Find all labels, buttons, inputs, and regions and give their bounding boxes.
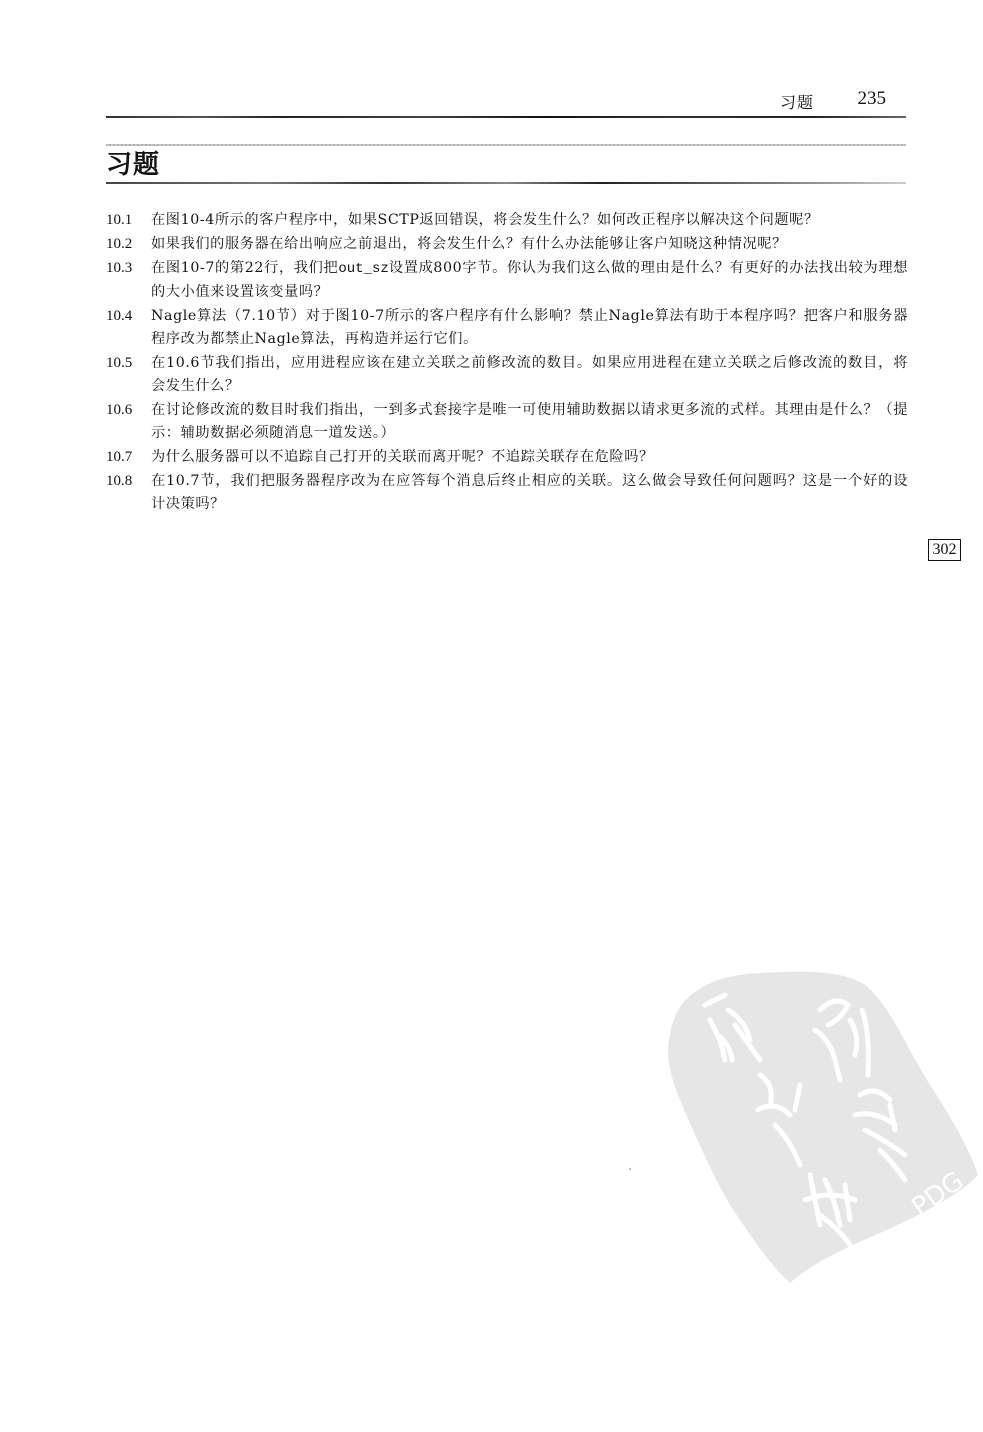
exercise-text: 在讨论修改流的数目时我们指出，一到多式套接字是唯一可使用辅助数据以请求更多流的式… xyxy=(151,399,908,445)
exercise-text-part: 在图10-7的第22行，我们把 xyxy=(151,260,338,276)
exercise-text: 为什么服务器可以不追踪自己打开的关联而离开呢？不追踪关联存在危险吗？ xyxy=(151,446,908,469)
exercise-number: 10.4 xyxy=(106,305,132,328)
exercise-number: 10.3 xyxy=(106,257,132,280)
exercise-number: 10.2 xyxy=(106,233,132,256)
code-identifier: out_sz xyxy=(338,261,388,277)
running-header-section: 习题 xyxy=(780,90,814,113)
exercise-item: 10.5 在10.6节我们指出，应用进程应该在建立关联之前修改流的数目。如果应用… xyxy=(106,352,908,398)
exercise-text: Nagle算法（7.10节）对于图10-7所示的客户程序有什么影响？禁止Nagl… xyxy=(151,305,908,351)
exercise-item: 10.3 在图10-7的第22行，我们把out_sz设置成800字节。你认为我们… xyxy=(106,257,908,304)
seal-stamp-icon: PDG xyxy=(650,965,980,1285)
exercise-item: 10.1 在图10-4所示的客户程序中，如果SCTP返回错误，将会发生什么？如何… xyxy=(106,209,908,232)
exercise-item: 10.4 Nagle算法（7.10节）对于图10-7所示的客户程序有什么影响？禁… xyxy=(106,305,908,351)
exercise-item: 10.2 如果我们的服务器在给出响应之前退出，将会发生什么？有什么办法能够让客户… xyxy=(106,233,908,256)
exercise-text: 在图10-4所示的客户程序中，如果SCTP返回错误，将会发生什么？如何改正程序以… xyxy=(151,209,908,232)
exercise-number: 10.7 xyxy=(106,446,132,469)
header-rule xyxy=(106,116,906,118)
scan-speck xyxy=(629,1168,631,1170)
running-header: 习题 235 xyxy=(106,88,906,116)
exercise-item: 10.6 在讨论修改流的数目时我们指出，一到多式套接字是唯一可使用辅助数据以请求… xyxy=(106,399,908,445)
exercise-text: 在图10-7的第22行，我们把out_sz设置成800字节。你认为我们这么做的理… xyxy=(151,257,908,304)
margin-page-reference: 302 xyxy=(928,539,961,561)
exercise-text: 如果我们的服务器在给出响应之前退出，将会发生什么？有什么办法能够让客户知晓这种情… xyxy=(151,233,908,256)
section-title: 习题 xyxy=(106,148,160,182)
exercise-number: 10.5 xyxy=(106,352,132,375)
exercise-item: 10.7 为什么服务器可以不追踪自己打开的关联而离开呢？不追踪关联存在危险吗？ xyxy=(106,446,908,469)
exercise-number: 10.8 xyxy=(106,470,132,493)
page-number: 235 xyxy=(858,88,887,110)
section-dotted-rule xyxy=(106,144,906,146)
exercise-item: 10.8 在10.7节，我们把服务器程序改为在应答每个消息后终止相应的关联。这么… xyxy=(106,470,908,516)
exercise-list: 10.1 在图10-4所示的客户程序中，如果SCTP返回错误，将会发生什么？如何… xyxy=(106,209,908,517)
exercise-number: 10.6 xyxy=(106,399,132,422)
section-title-rule xyxy=(106,182,906,184)
exercise-text: 在10.7节，我们把服务器程序改为在应答每个消息后终止相应的关联。这么做会导致任… xyxy=(151,470,908,516)
exercise-number: 10.1 xyxy=(106,209,132,232)
exercise-text: 在10.6节我们指出，应用进程应该在建立关联之前修改流的数目。如果应用进程在建立… xyxy=(151,352,908,398)
